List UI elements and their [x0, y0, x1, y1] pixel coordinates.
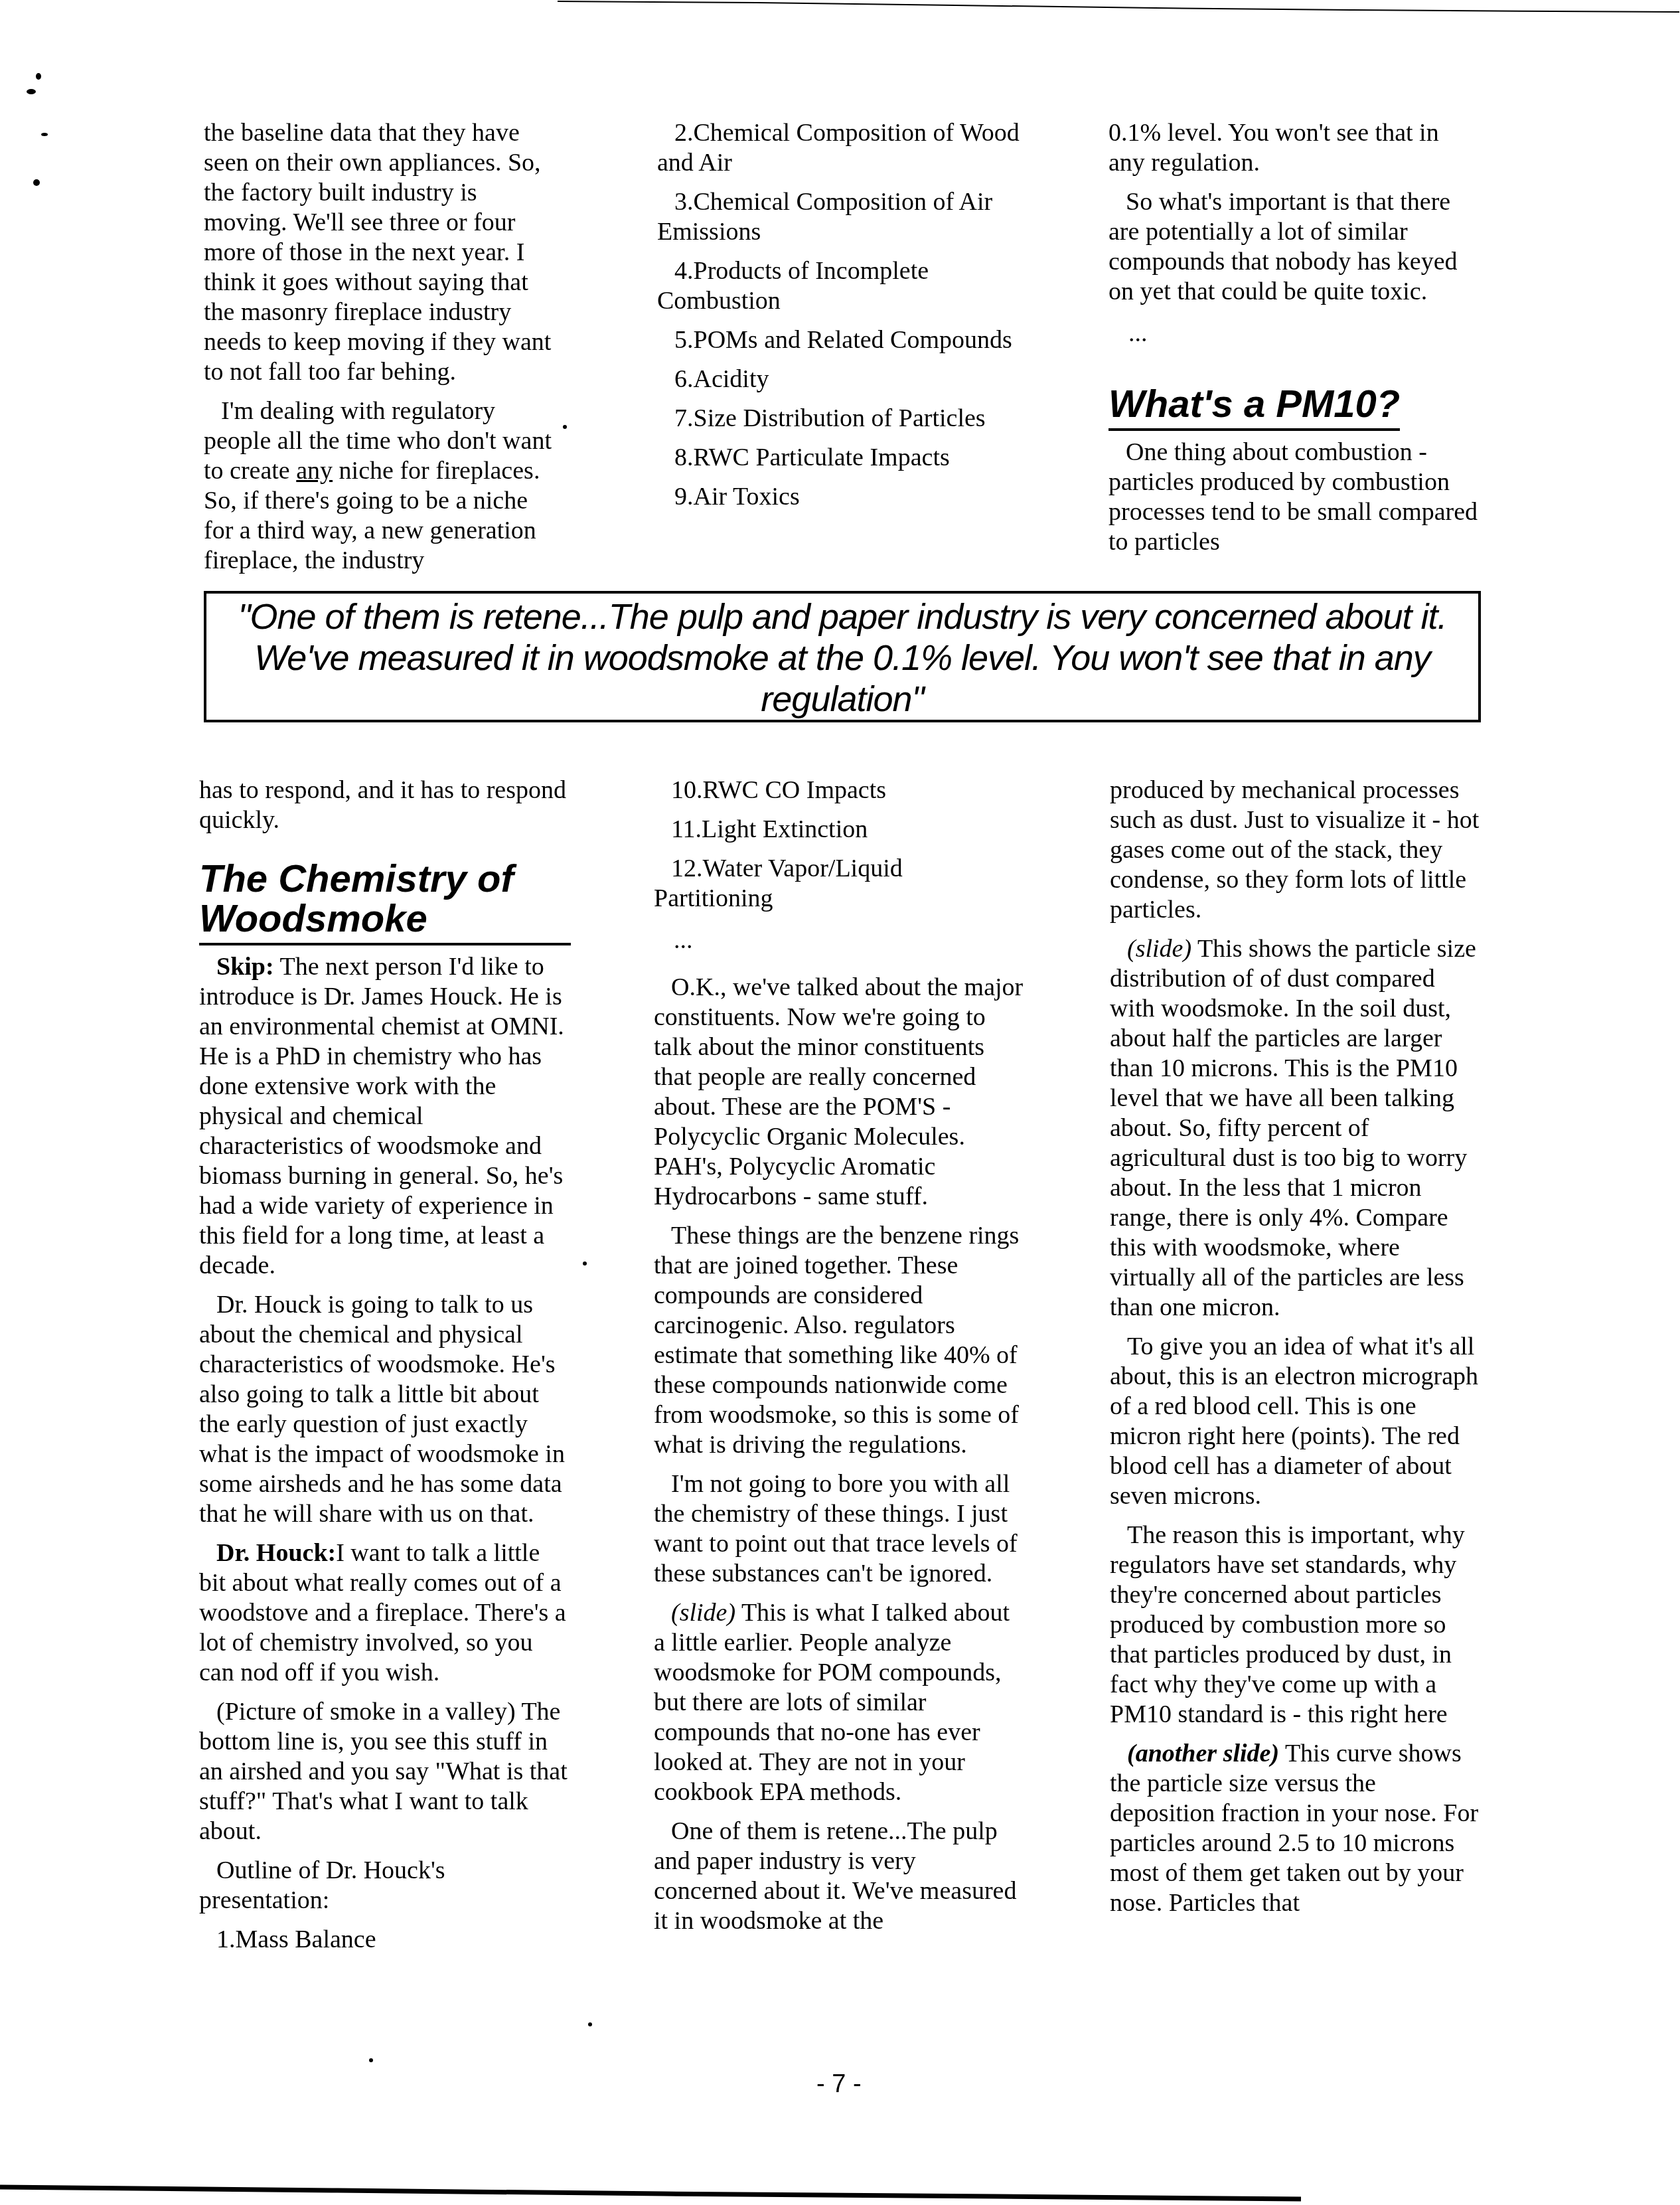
outline-item: 7.Size Distribution of Particles: [657, 404, 1029, 434]
ellipsis: ...: [1108, 319, 1480, 349]
paragraph: Skip: The next person I'd like to introd…: [199, 952, 571, 1281]
column-3-top: 0.1% level. You won't see that in any re…: [1108, 118, 1480, 566]
paragraph: To give you an idea of what it's all abo…: [1110, 1332, 1482, 1511]
emphasis-underline: any: [296, 457, 333, 485]
paragraph: Outline of Dr. Houck's presentation:: [199, 1856, 571, 1916]
paragraph: These things are the benzene rings that …: [654, 1221, 1026, 1460]
column-1-bottom: has to respond, and it has to respond qu…: [199, 776, 571, 1964]
paragraph: O.K., we've talked about the major const…: [654, 973, 1026, 1212]
outline-item: 1.Mass Balance: [199, 1925, 571, 1955]
paragraph: (slide) This is what I talked about a li…: [654, 1598, 1026, 1807]
slide-label: (another slide): [1127, 1740, 1279, 1767]
paragraph: One thing about combustion - particles p…: [1108, 438, 1480, 557]
paragraph: the baseline data that they have seen on…: [204, 118, 562, 387]
speaker-label: Skip:: [216, 953, 274, 981]
column-2-bottom: 10.RWC CO Impacts 11.Light Extinction 12…: [654, 776, 1026, 1945]
column-2-top-outline: 2.Chemical Composition of Wood and Air 3…: [657, 118, 1029, 521]
section-heading-chemistry: The Chemistry of Woodsmoke: [199, 859, 571, 945]
scan-speck: [588, 2022, 592, 2026]
column-3-bottom: produced by mechanical processes such as…: [1110, 776, 1482, 1927]
slide-label: (slide): [671, 1599, 735, 1627]
paragraph: produced by mechanical processes such as…: [1110, 776, 1482, 925]
paragraph: The reason this is important, why regula…: [1110, 1520, 1482, 1730]
paragraph: (another slide) This curve shows the par…: [1110, 1739, 1482, 1918]
outline-item: 2.Chemical Composition of Wood and Air: [657, 118, 1029, 178]
scan-edge-line-top: [558, 0, 1679, 13]
outline-item: 4.Products of Incomplete Combustion: [657, 256, 1029, 316]
slide-label: (slide): [1127, 935, 1191, 963]
paragraph: 0.1% level. You won't see that in any re…: [1108, 118, 1480, 178]
page-number: - 7 -: [816, 2070, 862, 2099]
paragraph: One of them is retene...The pulp and pap…: [654, 1817, 1026, 1936]
pull-quote-box: "One of them is retene...The pulp and pa…: [204, 591, 1481, 722]
outline-item: 8.RWC Particulate Impacts: [657, 443, 1029, 473]
speaker-label: Dr. Houck:: [216, 1539, 336, 1567]
paragraph: has to respond, and it has to respond qu…: [199, 776, 571, 835]
ellipsis: ...: [654, 926, 1026, 955]
scan-edge-line-bottom: [0, 2184, 1680, 2204]
document-page: the baseline data that they have seen on…: [0, 0, 1680, 2205]
paragraph: (Picture of smoke in a valley) The botto…: [199, 1697, 571, 1846]
outline-item: 6.Acidity: [657, 365, 1029, 394]
paragraph: Dr. Houck:I want to talk a little bit ab…: [199, 1538, 571, 1688]
outline-item: 12.Water Vapor/Liquid Partitioning: [654, 854, 1026, 914]
column-1-top: the baseline data that they have seen on…: [204, 118, 562, 585]
scan-speck: [369, 2058, 373, 2062]
paragraph: (slide) This shows the particle size dis…: [1110, 934, 1482, 1323]
section-heading-pm10: What's a PM10?: [1108, 384, 1400, 431]
outline-item: 5.POMs and Related Compounds: [657, 325, 1029, 355]
outline-item: 10.RWC CO Impacts: [654, 776, 1026, 805]
scan-specks: [27, 66, 53, 199]
paragraph: So what's important is that there are po…: [1108, 187, 1480, 307]
paragraph: I'm dealing with regulatory people all t…: [204, 396, 562, 576]
paragraph: I'm not going to bore you with all the c…: [654, 1469, 1026, 1589]
outline-item: 9.Air Toxics: [657, 482, 1029, 512]
outline-item: 3.Chemical Composition of Air Emissions: [657, 187, 1029, 247]
scan-speck: [583, 1262, 587, 1266]
paragraph: Dr. Houck is going to talk to us about t…: [199, 1290, 571, 1529]
scan-speck: [563, 425, 567, 429]
outline-item: 11.Light Extinction: [654, 815, 1026, 845]
